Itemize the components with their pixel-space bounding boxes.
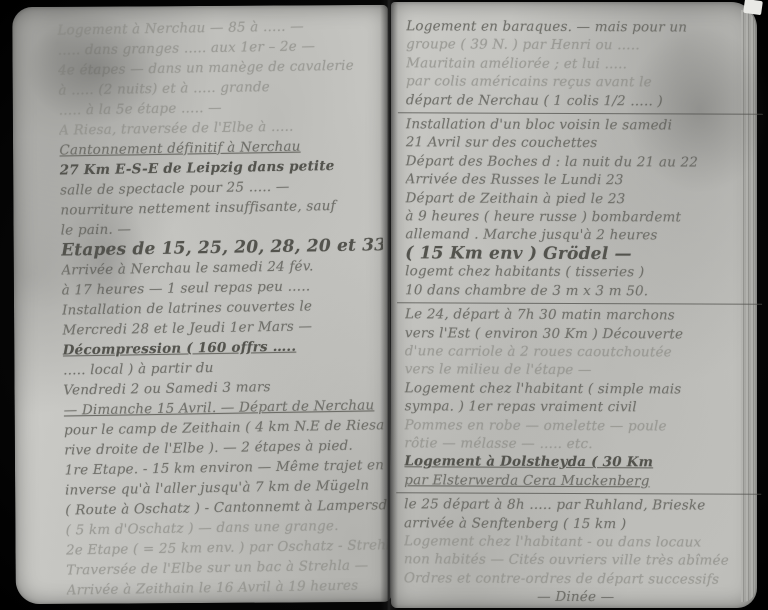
- ruled-separator: [397, 302, 762, 305]
- left-page-handwriting: Logement à Nerchau — 85 à ….. —….. dans …: [57, 15, 389, 600]
- handwritten-line: Départ de Zeithain à pied le 23: [405, 189, 749, 209]
- handwritten-line: Mauritain améliorée ; et lui …..: [406, 54, 750, 74]
- handwritten-line: Départ des Boches d : la nuit du 21 au 2…: [406, 152, 750, 172]
- photo-background: Logement à Nerchau — 85 à ….. —….. dans …: [0, 0, 768, 610]
- handwritten-line: 10 dans chambre de 3 m x 3 m 50.: [405, 281, 749, 301]
- ruled-separator: [398, 112, 763, 115]
- right-page-handwriting: Logement en baraques. — mais pour ungrou…: [404, 17, 751, 607]
- handwritten-line: Logement à Dolstheyda ( 30 Km: [404, 453, 748, 473]
- handwritten-line: d'une carriole à 2 roues caoutchoutée: [405, 342, 749, 362]
- handwritten-line: allemand . Marche jusqu'à 2 heures: [405, 226, 749, 246]
- notebook-left-page: Logement à Nerchau — 85 à ….. —….. dans …: [12, 5, 392, 604]
- handwritten-line: vers le milieu de l'étape —: [405, 361, 749, 381]
- handwritten-line: à 9 heures ( heure russe ) bombardemt: [405, 207, 749, 227]
- handwritten-line: non habités — Cités ouvriers ville très …: [404, 551, 748, 571]
- handwritten-line: par Elsterwerda Cera Muckenberg: [404, 471, 748, 491]
- handwritten-line: rôtie — mélasse — ….. etc.: [404, 434, 748, 454]
- notebook-right-page: Logement en baraques. — mais pour ungrou…: [391, 2, 757, 608]
- handwritten-line: départ de Nerchau ( 1 colis 1/2 ….. ): [406, 91, 750, 111]
- handwritten-line: vers l'Est ( environ 30 Km ) Découverte: [405, 324, 749, 344]
- handwritten-line: 21 Avril sur des couchettes: [406, 134, 750, 154]
- handwritten-line: Arrivée des Russes le Lundi 23: [406, 171, 750, 191]
- handwritten-line: — Dinée —: [404, 587, 748, 607]
- handwritten-line: Logement chez l'habitant - ou dans locau…: [404, 532, 748, 552]
- handwritten-line: groupe ( 39 N. ) par Henri ou …..: [406, 36, 750, 56]
- handwritten-line: logemt chez habitants ( tisseries ): [405, 263, 749, 283]
- handwritten-line: Logement en baraques. — mais pour un: [406, 17, 750, 37]
- ruled-separator: [396, 492, 761, 495]
- handwritten-line: Pommes en robe — omelette — poule: [404, 416, 748, 436]
- handwritten-line: Ordres et contre-ordres de départ succes…: [404, 569, 748, 589]
- handwritten-line: arrivée à Senftenberg ( 15 km ): [404, 514, 748, 534]
- handwritten-line: Logement chez l'habitant ( simple mais: [405, 379, 749, 399]
- handwritten-line: Le 24, départ à 7h 30 matin marchons: [405, 305, 749, 325]
- handwritten-line: Arrivée à Zeithain le 16 Avril à 19 heur…: [67, 575, 389, 600]
- handwritten-line: ( 15 Km env ) Grödel —: [405, 244, 749, 264]
- handwritten-line: Installation d'un bloc voisin le samedi: [406, 115, 750, 135]
- handwritten-line: par colis américains reçus avant le: [406, 72, 750, 92]
- handwritten-line: le 25 départ à 8h ….. par Ruhland, Bries…: [404, 495, 748, 515]
- handwritten-line: sympa. ) 1er repas vraiment civil: [405, 397, 749, 417]
- paper-notch: [743, 0, 763, 15]
